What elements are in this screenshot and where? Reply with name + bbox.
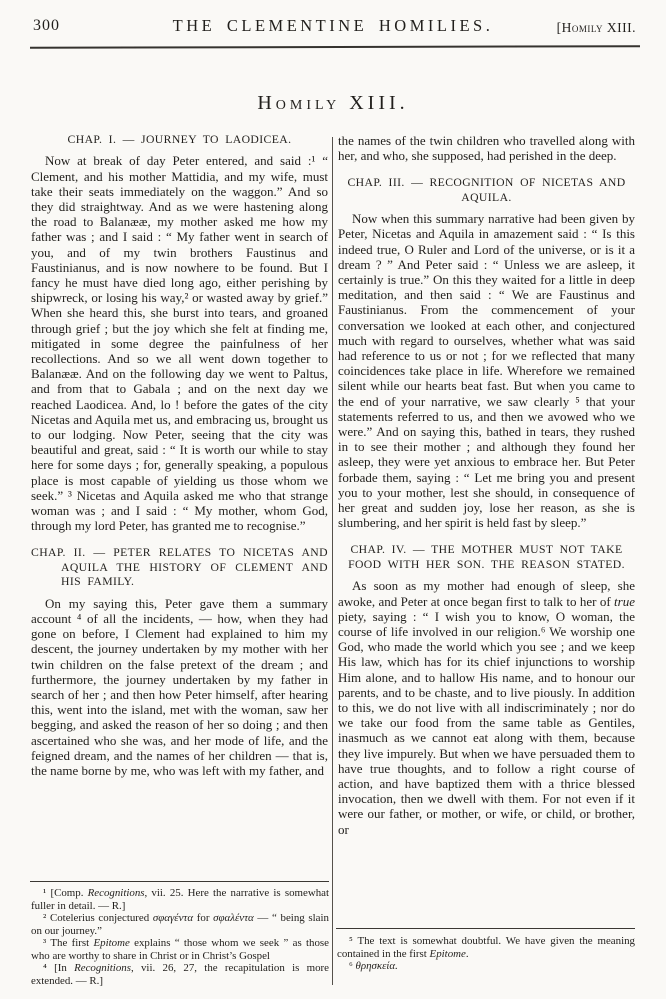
right-column: the names of the twin children who trave… — [338, 133, 635, 837]
footnote-rule-right — [336, 928, 635, 929]
right-footnotes: ⁵ The text is somewhat doubtful. We have… — [337, 935, 635, 973]
chapter-4-paragraph: As soon as my mother had enough of sleep… — [338, 578, 635, 836]
header-rule — [30, 45, 640, 49]
chapter-4-heading: CHAP. IV. — THE MOTHER MUST NOT TAKE FOO… — [338, 543, 635, 572]
book-page: 300 THE CLEMENTINE HOMILIES. [Homily XII… — [0, 0, 666, 999]
chapter-3-paragraph: Now when this summary narrative had been… — [338, 211, 635, 530]
chapter-1-paragraph: Now at break of day Peter entered, and s… — [31, 153, 328, 533]
footnote-rule-left — [30, 881, 329, 882]
chapter-3-heading: CHAP. III. — RECOGNITION OF NICETAS AND … — [338, 176, 635, 205]
footnote-5: ⁵ The text is somewhat doubtful. We have… — [337, 935, 635, 960]
chapter-2-paragraph: On my saying this, Peter gave them a sum… — [31, 596, 328, 778]
footnote-6: ⁶ θρησκεία. — [337, 960, 635, 973]
chapter-2-continuation-paragraph: the names of the twin children who trave… — [338, 133, 635, 163]
footnote-2: ² Cotelerius conjectured σφαγέντα for σφ… — [31, 912, 329, 937]
footnote-3: ³ The first Epitome explains “ those who… — [31, 937, 329, 962]
column-divider-rule — [332, 137, 333, 985]
footnote-1: ¹ [Comp. Recognitions, vii. 25. Here the… — [31, 887, 329, 912]
homily-title: Homily XIII. — [0, 92, 666, 115]
chapter-2-heading: CHAP. II. — PETER RELATES TO NICETAS AND… — [31, 546, 328, 589]
chapter-1-heading: CHAP. I. — JOURNEY TO LAODICEA. — [31, 133, 328, 147]
left-column: CHAP. I. — JOURNEY TO LAODICEA. Now at b… — [31, 133, 328, 778]
footnote-4: ⁴ [In Recognitions, vii. 26, 27, the rec… — [31, 962, 329, 987]
left-footnotes: ¹ [Comp. Recognitions, vii. 25. Here the… — [31, 887, 329, 987]
running-header-right: [Homily XIII. — [557, 20, 636, 36]
